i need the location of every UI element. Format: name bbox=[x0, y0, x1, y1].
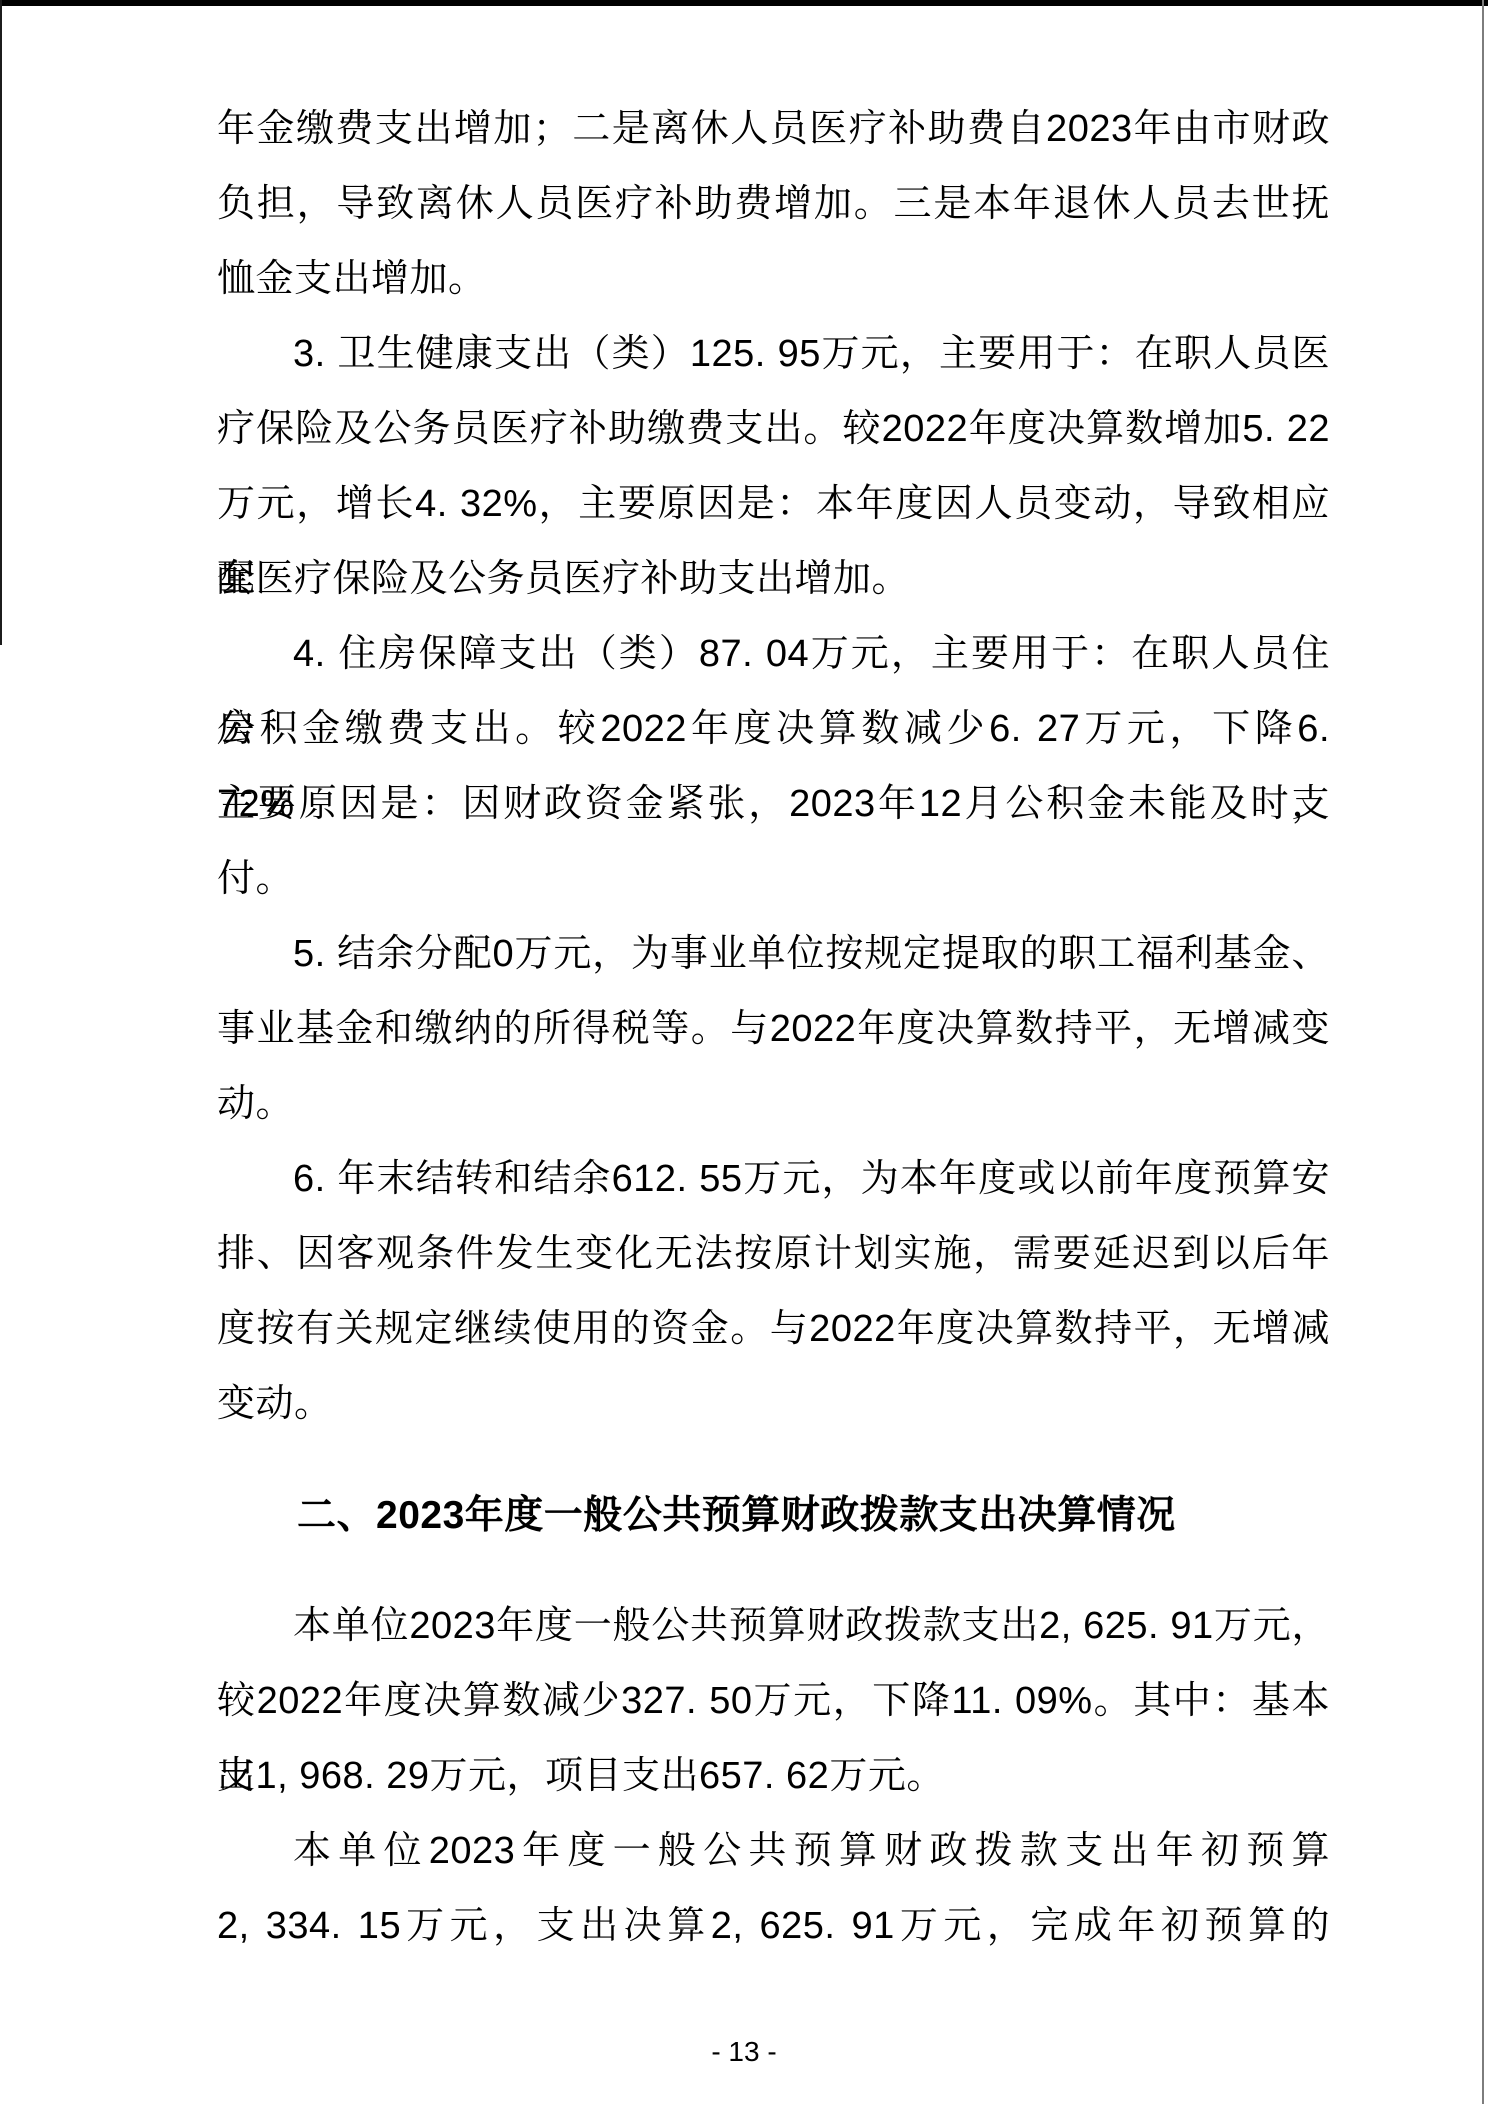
text-line: 恤金支出增加。 bbox=[217, 242, 1330, 317]
text-line: 4. 住房保障支出（类）87. 04万元，主要用于：在职人员住房 bbox=[217, 617, 1330, 692]
text-line: 付。 bbox=[217, 842, 1330, 917]
text-line: 负担，导致离休人员医疗补助费增加。三是本年退休人员去世抚 bbox=[217, 167, 1330, 242]
text-line: 5. 结余分配0万元，为事业单位按规定提取的职工福利基金、 bbox=[217, 917, 1330, 992]
text-line: 年金缴费支出增加；二是离休人员医疗补助费自2023年由市财政 bbox=[217, 92, 1330, 167]
text-line: 套医疗保险及公务员医疗补助支出增加。 bbox=[217, 542, 1330, 617]
document-body: 年金缴费支出增加；二是离休人员医疗补助费自2023年由市财政负担，导致离休人员医… bbox=[217, 92, 1330, 1964]
text-line: 本单位2023年度一般公共预算财政拨款支出2, 625. 91万元， bbox=[217, 1589, 1330, 1664]
text-line: 6. 年末结转和结余612. 55万元，为本年度或以前年度预算安 bbox=[217, 1142, 1330, 1217]
text-line: 出1, 968. 29万元，项目支出657. 62万元。 bbox=[217, 1739, 1330, 1814]
text-line: 排、因客观条件发生变化无法按原计划实施，需要延迟到以后年 bbox=[217, 1217, 1330, 1292]
text-line: 变动。 bbox=[217, 1367, 1330, 1442]
text-line: 万元，增长4. 32%，主要原因是：本年度因人员变动，导致相应配 bbox=[217, 467, 1330, 542]
text-line: 动。 bbox=[217, 1067, 1330, 1142]
page-number: - 13 - bbox=[0, 2038, 1488, 2066]
scan-edge-right bbox=[1482, 0, 1484, 2104]
text-line: 公积金缴费支出。较2022年度决算数减少6. 27万元，下降6. 72%， bbox=[217, 692, 1330, 767]
document-page: 年金缴费支出增加；二是离休人员医疗补助费自2023年由市财政负担，导致离休人员医… bbox=[0, 0, 1488, 2104]
text-line: 度按有关规定继续使用的资金。与2022年度决算数持平，无增减 bbox=[217, 1292, 1330, 1367]
text-line: 本单位2023年度一般公共预算财政拨款支出年初预算 bbox=[217, 1814, 1330, 1889]
text-line: 2, 334. 15万元，支出决算2, 625. 91万元，完成年初预算的 bbox=[217, 1889, 1330, 1964]
scan-edge-left bbox=[0, 0, 2, 645]
section-heading: 二、2023年度一般公共预算财政拨款支出决算情况 bbox=[217, 1478, 1330, 1553]
text-line: 主要原因是：因财政资金紧张，2023年12月公积金未能及时支 bbox=[217, 767, 1330, 842]
text-line: 疗保险及公务员医疗补助缴费支出。较2022年度决算数增加5. 22 bbox=[217, 392, 1330, 467]
text-line: 较2022年度决算数减少327. 50万元，下降11. 09%。其中：基本支 bbox=[217, 1664, 1330, 1739]
scan-edge-top bbox=[0, 0, 1488, 6]
text-line: 3. 卫生健康支出（类）125. 95万元，主要用于：在职人员医 bbox=[217, 317, 1330, 392]
text-line: 事业基金和缴纳的所得税等。与2022年度决算数持平，无增减变 bbox=[217, 992, 1330, 1067]
